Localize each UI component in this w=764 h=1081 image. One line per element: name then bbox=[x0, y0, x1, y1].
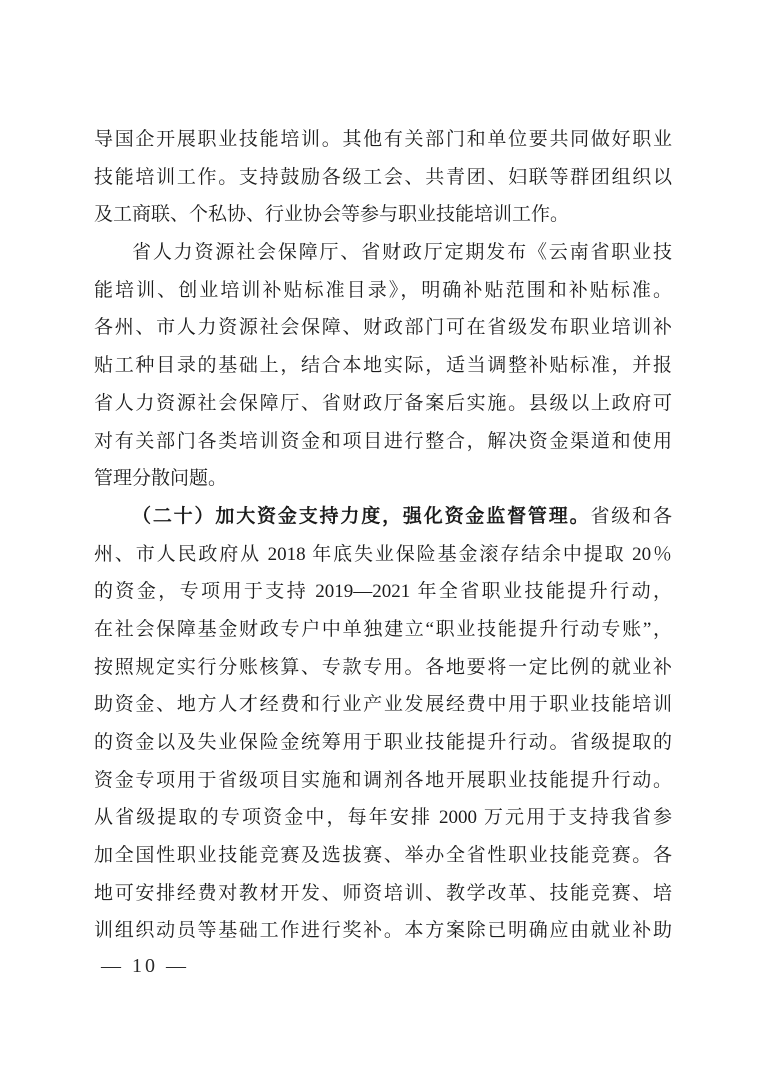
text-line: 的资金，专项用于支持 2019—2021 年全省职业技能提升行动， bbox=[94, 573, 672, 611]
text-line: 省人力资源社会保障厅、省财政厅定期发布《云南省职业技 bbox=[94, 234, 672, 272]
text-line: 训组织动员等基础工作进行奖补。本方案除已明确应由就业补助 bbox=[94, 912, 672, 950]
body-text: 地可安排经费对教材开发、师资培训、教学改革、技能竞赛、培 bbox=[94, 883, 672, 904]
body-text: 的资金以及失业保险金统筹用于职业技能提升行动。省级提取的 bbox=[94, 732, 672, 753]
text-line: 管理分散问题。 bbox=[94, 460, 672, 498]
body-text: 及工商联、个私协、行业协会等参与职业技能培训工作。 bbox=[94, 204, 569, 225]
body-text: 管理分散问题。 bbox=[94, 468, 227, 489]
document-page: 导国企开展职业技能培训。其他有关部门和单位要共同做好职业技能培训工作。支持鼓励各… bbox=[0, 0, 764, 1081]
body-text: 按照规定实行分账核算、专款专用。各地要将一定比例的就业补 bbox=[94, 657, 672, 678]
text-line: 按照规定实行分账核算、专款专用。各地要将一定比例的就业补 bbox=[94, 649, 672, 687]
body-text: 州、市人民政府从 2018 年底失业保险基金滚存结余中提取 20％ bbox=[94, 544, 672, 565]
text-line: （二十）加大资金支持力度，强化资金监督管理。省级和各 bbox=[94, 498, 672, 536]
section-heading: （二十）加大资金支持力度，强化资金监督管理。 bbox=[132, 506, 590, 527]
body-text: 能培训、创业培训补贴标准目录》，明确补贴范围和补贴标准。 bbox=[94, 280, 672, 301]
body-text: 训组织动员等基础工作进行奖补。本方案除已明确应由就业补助 bbox=[94, 920, 672, 941]
text-line: 加全国性职业技能竞赛及选拔赛、举办全省性职业技能竞赛。各 bbox=[94, 837, 672, 875]
body-text: 从省级提取的专项资金中，每年安排 2000 万元用于支持我省参 bbox=[94, 807, 672, 828]
body-text: 的资金，专项用于支持 2019—2021 年全省职业技能提升行动， bbox=[94, 581, 672, 602]
text-line: 贴工种目录的基础上，结合本地实际，适当调整补贴标准，并报 bbox=[94, 347, 672, 385]
body-text: 各州、市人力资源社会保障、财政部门可在省级发布职业培训补 bbox=[94, 317, 672, 338]
body-text: 省人力资源社会保障厅、省财政厅定期发布《云南省职业技 bbox=[132, 242, 672, 263]
body-text: 助资金、地方人才经费和行业产业发展经费中用于职业技能培训 bbox=[94, 694, 672, 715]
text-line: 在社会保障基金财政专户中单独建立“职业技能提升行动专账”， bbox=[94, 611, 672, 649]
body-text: 技能培训工作。支持鼓励各级工会、共青团、妇联等群团组织以 bbox=[94, 167, 672, 188]
body-text: 省人力资源社会保障厅、省财政厅备案后实施。县级以上政府可 bbox=[94, 393, 672, 414]
text-line: 资金专项用于省级项目实施和调剂各地开展职业技能提升行动。 bbox=[94, 762, 672, 800]
text-line: 技能培训工作。支持鼓励各级工会、共青团、妇联等群团组织以 bbox=[94, 159, 672, 197]
text-line: 地可安排经费对教材开发、师资培训、教学改革、技能竞赛、培 bbox=[94, 875, 672, 913]
text-block: 导国企开展职业技能培训。其他有关部门和单位要共同做好职业技能培训工作。支持鼓励各… bbox=[94, 121, 672, 950]
text-line: 对有关部门各类培训资金和项目进行整合，解决资金渠道和使用 bbox=[94, 423, 672, 461]
text-line: 各州、市人力资源社会保障、财政部门可在省级发布职业培训补 bbox=[94, 309, 672, 347]
body-text: 导国企开展职业技能培训。其他有关部门和单位要共同做好职业 bbox=[94, 129, 672, 150]
text-line: 从省级提取的专项资金中，每年安排 2000 万元用于支持我省参 bbox=[94, 799, 672, 837]
body-text: 在社会保障基金财政专户中单独建立“职业技能提升行动专账”， bbox=[94, 619, 672, 640]
text-line: 的资金以及失业保险金统筹用于职业技能提升行动。省级提取的 bbox=[94, 724, 672, 762]
body-text: 贴工种目录的基础上，结合本地实际，适当调整补贴标准，并报 bbox=[94, 355, 672, 376]
text-line: 导国企开展职业技能培训。其他有关部门和单位要共同做好职业 bbox=[94, 121, 672, 159]
text-line: 及工商联、个私协、行业协会等参与职业技能培训工作。 bbox=[94, 196, 672, 234]
text-line: 能培训、创业培训补贴标准目录》，明确补贴范围和补贴标准。 bbox=[94, 272, 672, 310]
text-line: 助资金、地方人才经费和行业产业发展经费中用于职业技能培训 bbox=[94, 686, 672, 724]
body-text: 加全国性职业技能竞赛及选拔赛、举办全省性职业技能竞赛。各 bbox=[94, 845, 672, 866]
page-number: — 10 — bbox=[101, 951, 189, 981]
body-text: 对有关部门各类培训资金和项目进行整合，解决资金渠道和使用 bbox=[94, 431, 672, 452]
text-line: 州、市人民政府从 2018 年底失业保险基金滚存结余中提取 20％ bbox=[94, 536, 672, 574]
text-line: 省人力资源社会保障厅、省财政厅备案后实施。县级以上政府可 bbox=[94, 385, 672, 423]
body-text: 资金专项用于省级项目实施和调剂各地开展职业技能提升行动。 bbox=[94, 770, 672, 791]
body-text: 省级和各 bbox=[590, 506, 672, 527]
